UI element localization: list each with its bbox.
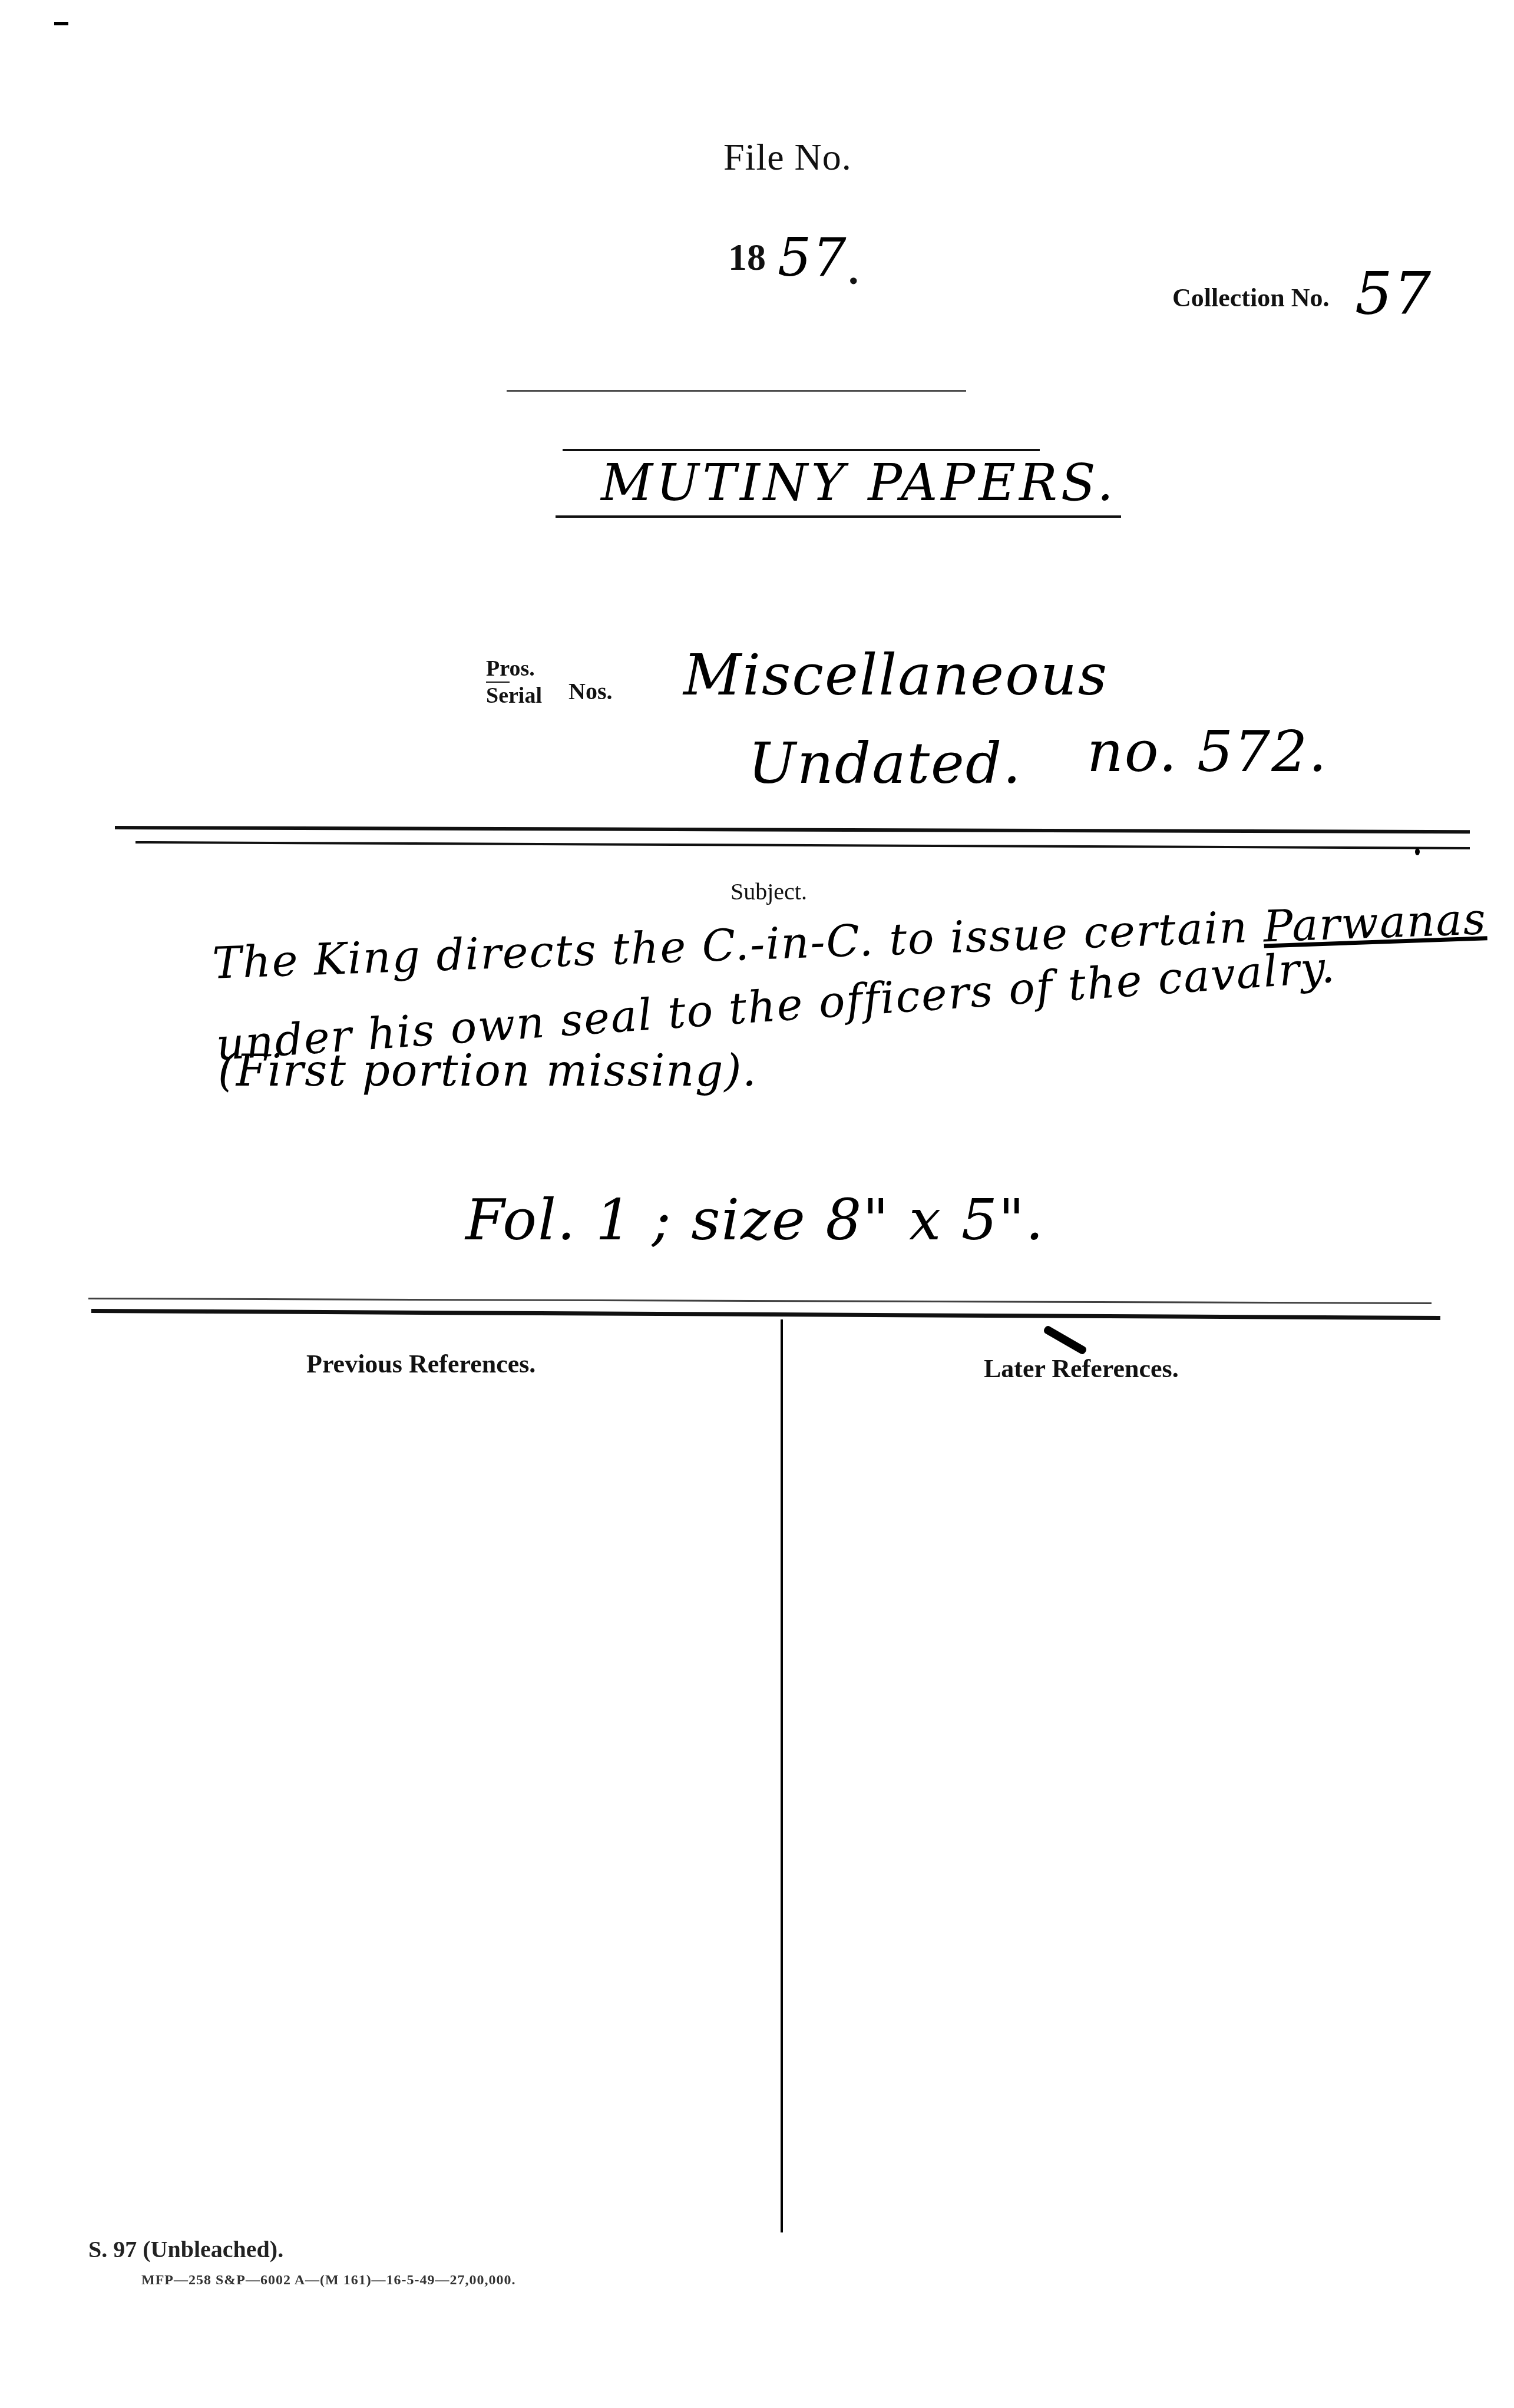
fraction-line (486, 682, 510, 683)
subject-text-underlined: Parwanas (1262, 894, 1487, 952)
file-no-label: File No. (723, 135, 852, 179)
subject-line: (First portion missing). (218, 1046, 758, 1096)
scan-artifact-mark (54, 22, 68, 25)
printer-imprint: MFP—258 S&P—6002 A—(M 161)—16-5-49—27,00… (141, 2273, 516, 2288)
divider-rule (507, 390, 966, 392)
nos-label: Nos. (568, 677, 612, 705)
folio-size-note: Fol. 1 ; size 8" x 5". (465, 1187, 1044, 1253)
category-value: Miscellaneous (683, 642, 1108, 708)
pros-serial-label: Pros. Serial (486, 657, 542, 707)
file-year-handwritten: 57 (778, 227, 848, 289)
ink-dot (1415, 848, 1420, 855)
subject-label: Subject. (730, 878, 807, 905)
file-year-dot: . (848, 247, 859, 295)
divider-rule (563, 449, 1040, 451)
later-references-label: Later References. (984, 1354, 1179, 1384)
section-rule (91, 1309, 1440, 1320)
form-code: S. 97 (Unbleached). (88, 2235, 283, 2263)
date-value: Undated. (748, 730, 1022, 796)
reference-number: no. 572. (1087, 719, 1328, 785)
column-divider (781, 1319, 783, 2232)
section-rule (115, 826, 1470, 833)
title-underline (556, 515, 1121, 518)
collection-no-value: 57 (1355, 259, 1432, 328)
serial-label: Serial (486, 683, 542, 708)
series-title: MUTINY PAPERS. (601, 454, 1117, 512)
previous-references-label: Previous References. (306, 1349, 535, 1379)
file-year-printed: 18 (728, 236, 766, 279)
collection-no-label: Collection No. (1172, 283, 1329, 313)
section-rule (135, 841, 1470, 849)
section-rule (88, 1298, 1432, 1304)
subject-text: (First portion missing). (218, 1046, 758, 1096)
ink-mark (1043, 1325, 1087, 1355)
pros-label: Pros. (486, 656, 535, 681)
